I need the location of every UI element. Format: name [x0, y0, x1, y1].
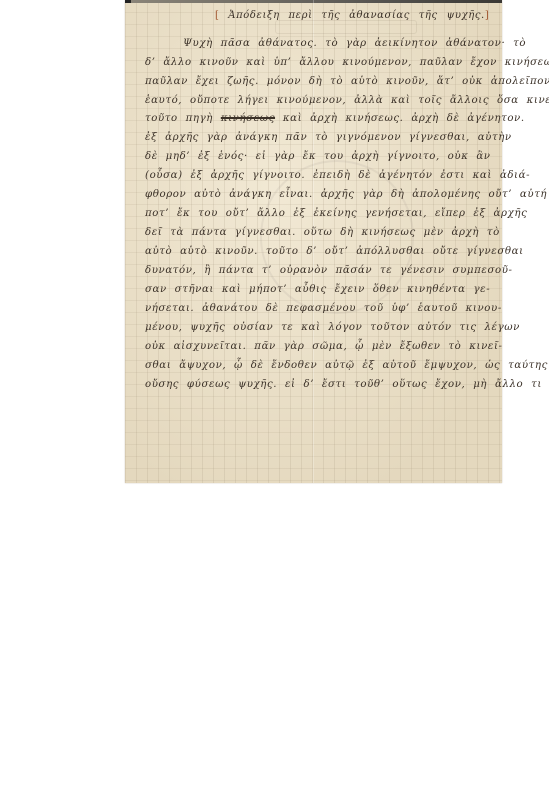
heading-open-bracket: [	[215, 10, 220, 21]
text-line: ἑαυτό, οὔποτε λήγει κινούμενον, ἀλλὰ καὶ…	[145, 95, 549, 106]
struck-word: κινήσεως	[221, 113, 275, 124]
text-line: νήσεται. ἀθανάτου δὲ πεφασμένου τοῦ ὑφ’ …	[145, 303, 502, 314]
text-line: Ψυχὴ πᾶσα ἀθάνατος. τὸ γὰρ ἀεικίνητον ἀθ…	[183, 38, 526, 49]
text-line: δεῖ τὰ πάντα γίγνεσθαι. οὕτω δὴ κινήσεως…	[145, 227, 500, 238]
text-line: παῦλαν ἔχει ζωῆς. μόνον δὴ τὸ αὑτὸ κινοῦ…	[145, 76, 549, 87]
text-line: οὐκ αἰσχυνεῖται. πᾶν γὰρ σῶμα, ᾧ μὲν ἔξω…	[145, 341, 503, 352]
text-line: ποτ’ ἔκ του οὔτ’ ἄλλο ἐξ ἐκείνης γενήσετ…	[145, 208, 527, 219]
heading-text: Ἀπόδειξη περὶ τῆς ἀθανασίας τῆς ψυχῆς.	[228, 10, 485, 21]
text-line-with-strike: τοῦτο πηγὴ κινήσεως καὶ ἀρχὴ κινήσεως. ἀ…	[145, 113, 525, 124]
text-segment: τοῦτο πηγὴ	[145, 113, 213, 124]
manuscript-page: [ Ἀπόδειξη περὶ τῆς ἀθανασίας τῆς ψυχῆς.…	[125, 0, 502, 483]
text-line: αὐτὸ αὑτὸ κινοῦν. τοῦτο δ’ οὔτ’ ἀπόλλυσθ…	[145, 246, 524, 257]
text-line: δ’ ἄλλο κινοῦν καὶ ὑπ’ ἄλλου κινούμενον,…	[145, 57, 549, 68]
text-line: δὲ μηδ’ ἐξ ἑνός· εἰ γὰρ ἔκ του ἀρχὴ γίγν…	[145, 151, 491, 162]
document-heading: [ Ἀπόδειξη περὶ τῆς ἀθανασίας τῆς ψυχῆς.…	[215, 10, 489, 21]
text-segment: καὶ ἀρχὴ κινήσεως. ἀρχὴ δὲ ἀγένητον.	[283, 113, 525, 124]
heading-close-bracket: ]	[485, 10, 490, 21]
text-line: σθαι ἄψυχον, ᾧ δὲ ἔνδοθεν αὐτῷ ἐξ αὑτοῦ …	[145, 360, 548, 371]
text-line: φθορον αὐτὸ ἀνάγκη εἶναι. ἀρχῆς γὰρ δὴ ἀ…	[145, 189, 547, 200]
text-line: (οὖσα) ἐξ ἀρχῆς γίγνοιτο. ἐπειδὴ δὲ ἀγέν…	[145, 170, 530, 181]
text-line: μένου, ψυχῆς οὐσίαν τε καὶ λόγον τοῦτον …	[145, 322, 520, 333]
ink-bleed-through	[275, 20, 417, 34]
text-line: ἐξ ἀρχῆς γὰρ ἀνάγκη πᾶν τὸ γιγνόμενον γί…	[145, 132, 512, 143]
text-line: οὔσης φύσεως ψυχῆς. εἰ δ’ ἔστι τοῦθ’ οὕτ…	[145, 379, 542, 390]
text-line: δυνατόν, ἢ πάντα τ’ οὐρανὸν πᾶσάν τε γέν…	[145, 265, 513, 276]
text-line: σαν στῆναι καὶ μήποτ’ αὖθις ἔχειν ὅθεν κ…	[145, 284, 490, 295]
